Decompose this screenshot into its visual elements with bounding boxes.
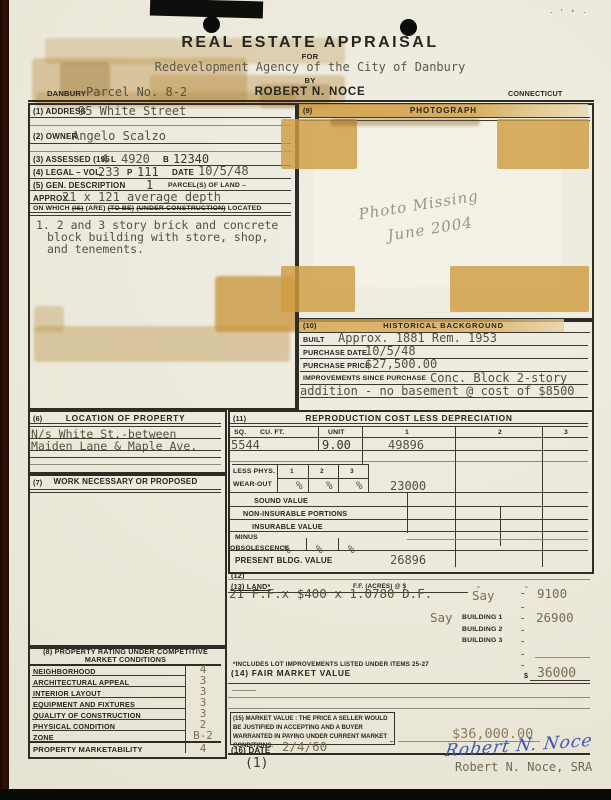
assessed-label: (3) ASSESSED (195: [33, 155, 110, 164]
purchase-date-value: 10/5/48: [365, 344, 416, 358]
fair-market-value: 36000: [537, 666, 576, 681]
work-necessary-box: [28, 472, 227, 649]
footnote-text: *INCLUDES LOT IMPROVEMENTS LISTED UNDER …: [233, 661, 429, 668]
rule-line: [277, 478, 368, 479]
on-which-is: (IS): [72, 205, 84, 212]
property-info-box: [28, 103, 297, 410]
assessed-b-label: B: [163, 155, 169, 164]
purchase-price-value: $27,500.00: [365, 357, 437, 371]
rule-line: [230, 506, 588, 507]
land-value: 9100: [537, 586, 567, 601]
scanned-appraisal-document: · ′ ⁺ · REAL ESTATE APPRAISAL FOR Redeve…: [0, 0, 611, 800]
rule-line: [530, 680, 590, 681]
table-divider: [455, 426, 456, 567]
dollar-sign: $: [524, 671, 528, 680]
building-description-line: and tenements.: [47, 242, 144, 256]
on-which-under-construction: (UNDER CONSTRUCTION): [136, 205, 225, 212]
owner-value: Angelo Scalzo: [72, 129, 166, 143]
rule-line: [230, 426, 588, 427]
gen-description-label: (5) GEN. DESCRIPTION: [33, 181, 125, 190]
rule-line: [30, 450, 221, 451]
table-divider: [318, 426, 319, 450]
table-divider: [362, 426, 363, 464]
address-value: 95 White Street: [78, 104, 186, 118]
insurable-value-label: INSURABLE VALUE: [252, 522, 323, 531]
rule-line: [300, 358, 588, 359]
page-number: (1): [245, 756, 268, 771]
rule-line: [30, 423, 221, 424]
punch-hole: [203, 16, 220, 33]
improvements-label: IMPROVEMENTS SINCE PURCHASE: [303, 375, 426, 382]
say-label: Say: [430, 610, 453, 625]
rule-line: [32, 697, 185, 698]
rule-line: [230, 519, 588, 520]
legal-page-value: 111: [137, 165, 159, 179]
dash-mark: -: [519, 586, 526, 600]
redaction-mark: [150, 0, 263, 18]
scan-edge-strip: [0, 0, 9, 789]
dash-mark: -: [388, 734, 395, 748]
col-2-label: 2: [490, 429, 510, 436]
fair-market-value-label: (14) FAIR MARKET VALUE: [231, 668, 351, 678]
non-insurable-label: NON-INSURABLE PORTIONS: [243, 509, 347, 518]
purchase-date-label: PURCHASE DATE: [303, 348, 367, 357]
dash-mark: -: [519, 634, 526, 648]
rule-line: [32, 719, 185, 720]
city-label: DANBURY: [47, 89, 86, 98]
rating-row-label: PROPERTY MARKETABILITY: [33, 745, 143, 754]
improvements-value-line1: Conc. Block 2-story: [430, 371, 567, 385]
table-divider: [306, 538, 307, 550]
rule-line: [28, 100, 594, 102]
rule-line: [407, 539, 588, 540]
col-sq-label: SQ.: [234, 429, 246, 436]
document-title: REAL ESTATE APPRAISAL: [150, 34, 470, 52]
assessed-year: 4: [101, 152, 108, 166]
col-1-label: 1: [397, 429, 417, 436]
wear-out-value: 23000: [390, 479, 426, 493]
improvements-value-line2: addition - no basement @ cost of $8500: [300, 384, 575, 398]
legal-date-label: DATE: [172, 168, 194, 177]
rule-line: [230, 423, 588, 424]
phys-col-3: 3: [342, 468, 362, 475]
rule-line: [230, 550, 588, 551]
rule-line: [30, 464, 221, 465]
phys-col-2: 2: [312, 468, 332, 475]
on-which-prefix: ON WHICH: [33, 205, 70, 212]
rule-line: [228, 579, 590, 580]
assessed-land-value: 4920: [121, 152, 150, 166]
rule-line: [30, 117, 291, 118]
rule-line: [30, 203, 291, 204]
col-unit-label: UNIT: [328, 429, 345, 436]
rule-line: [228, 708, 590, 709]
rule-line: [32, 730, 185, 731]
tape-residue: [497, 119, 589, 169]
present-bldg-value: 26896: [390, 553, 426, 567]
percent-sign: %: [296, 479, 303, 492]
historical-title: HISTORICAL BACKGROUND: [297, 321, 590, 330]
legal-label: (4) LEGAL – VOL.: [33, 168, 103, 177]
rating-row-value: 4: [185, 742, 221, 755]
agency-line: Redevelopment Agency of the City of Danb…: [110, 60, 510, 74]
rule-line: [230, 450, 588, 451]
building-1-label: BUILDING 1: [462, 614, 503, 621]
land-calculation: 21 F.F.x $400 x 1.0780 D.F.: [229, 586, 432, 601]
percent-sign: %: [326, 479, 333, 492]
parcels-of-land-label: PARCEL(S) OF LAND –: [168, 182, 246, 189]
built-value: Approx. 1881 Rem. 1953: [338, 331, 497, 345]
rule-line: [30, 151, 291, 152]
building-2-label: BUILDING 2: [462, 626, 503, 633]
table-divider: [407, 492, 408, 533]
rule-line: [228, 683, 590, 684]
rule-line: [230, 461, 588, 462]
table-divider: [338, 538, 339, 550]
legal-p-label: P: [127, 168, 133, 177]
photograph-title: PHOTOGRAPH: [297, 106, 590, 115]
rule-line: [300, 397, 588, 398]
rule-line: [30, 212, 291, 213]
reproduction-title: REPRODUCTION COST LESS DEPRECIATION: [228, 413, 590, 423]
rule-line: [300, 345, 588, 346]
pencil-marks: · ′ ⁺ ·: [550, 8, 589, 17]
rule-line: [30, 215, 291, 216]
appraiser-name: ROBERT N. NOCE: [230, 86, 390, 98]
rule-line: [30, 492, 221, 493]
owner-label: (2) OWNER: [33, 132, 77, 141]
rule-line: [30, 165, 291, 166]
rule-line: [32, 675, 185, 676]
built-label: BUILT: [303, 335, 325, 344]
rule-line: [30, 178, 291, 179]
tape-residue: [281, 119, 357, 169]
appraiser-typed-name: Robert N. Noce, SRA: [455, 760, 592, 774]
table-divider: [542, 426, 543, 567]
tape-speckle: [330, 118, 480, 126]
wear-out-label: WEAR-OUT: [233, 481, 272, 488]
rule-line: [30, 457, 221, 458]
on-which-located: LOCATED: [228, 205, 262, 212]
phys-col-1: 1: [282, 468, 302, 475]
minus-label: MINUS: [235, 534, 258, 541]
rule-line: [232, 464, 368, 465]
legal-date-value: 10/5/48: [198, 164, 249, 178]
rule-line: [228, 697, 590, 698]
percent-sign: %: [356, 479, 363, 492]
sound-value-label: SOUND VALUE: [254, 496, 308, 505]
col-cuft-label: CU. FT.: [260, 429, 284, 436]
rule-line: [232, 690, 256, 691]
building-1-value: 26900: [536, 610, 574, 625]
rule-line: [230, 492, 588, 493]
less-phys-label: LESS PHYS.: [233, 468, 275, 475]
building-3-label: BUILDING 3: [462, 637, 503, 644]
by-label: BY: [150, 76, 470, 85]
location-title: LOCATION OF PROPERTY: [28, 413, 223, 423]
rule-line: [30, 143, 291, 144]
table-divider: [500, 506, 501, 546]
rule-line: [32, 686, 185, 687]
col-3-label: 3: [556, 429, 576, 436]
state-label: CONNECTICUT: [508, 89, 563, 98]
rule-line: [230, 531, 588, 532]
date-value: 2/4/60: [282, 739, 327, 754]
assessed-l-label: L: [111, 155, 116, 164]
tape-residue: [450, 266, 589, 312]
rule-line: [32, 708, 185, 709]
rule-line: [30, 489, 221, 490]
present-bldg-value-label: PRESENT BLDG. VALUE: [235, 556, 332, 565]
tape-residue: [281, 266, 355, 312]
on-which-to-be: (TO BE): [108, 205, 135, 212]
work-title: WORK NECESSARY OR PROPOSED: [28, 477, 223, 486]
rule-line: [535, 657, 590, 658]
on-which-are: (ARE): [86, 205, 106, 212]
approx-dimensions-value: 21 x 121 average depth: [62, 190, 221, 204]
legal-vol-value: 233: [98, 165, 120, 179]
table-divider: [368, 464, 369, 492]
rule-line: [30, 125, 291, 126]
parcel-number: Parcel No. 8-2: [86, 85, 187, 99]
dash-mark: -: [519, 658, 526, 672]
purchase-price-label: PURCHASE PRICE: [303, 361, 370, 370]
on-which-line: ON WHICH (IS) (ARE) (TO BE) (UNDER CONST…: [33, 205, 262, 212]
say-label: Say: [472, 588, 495, 603]
